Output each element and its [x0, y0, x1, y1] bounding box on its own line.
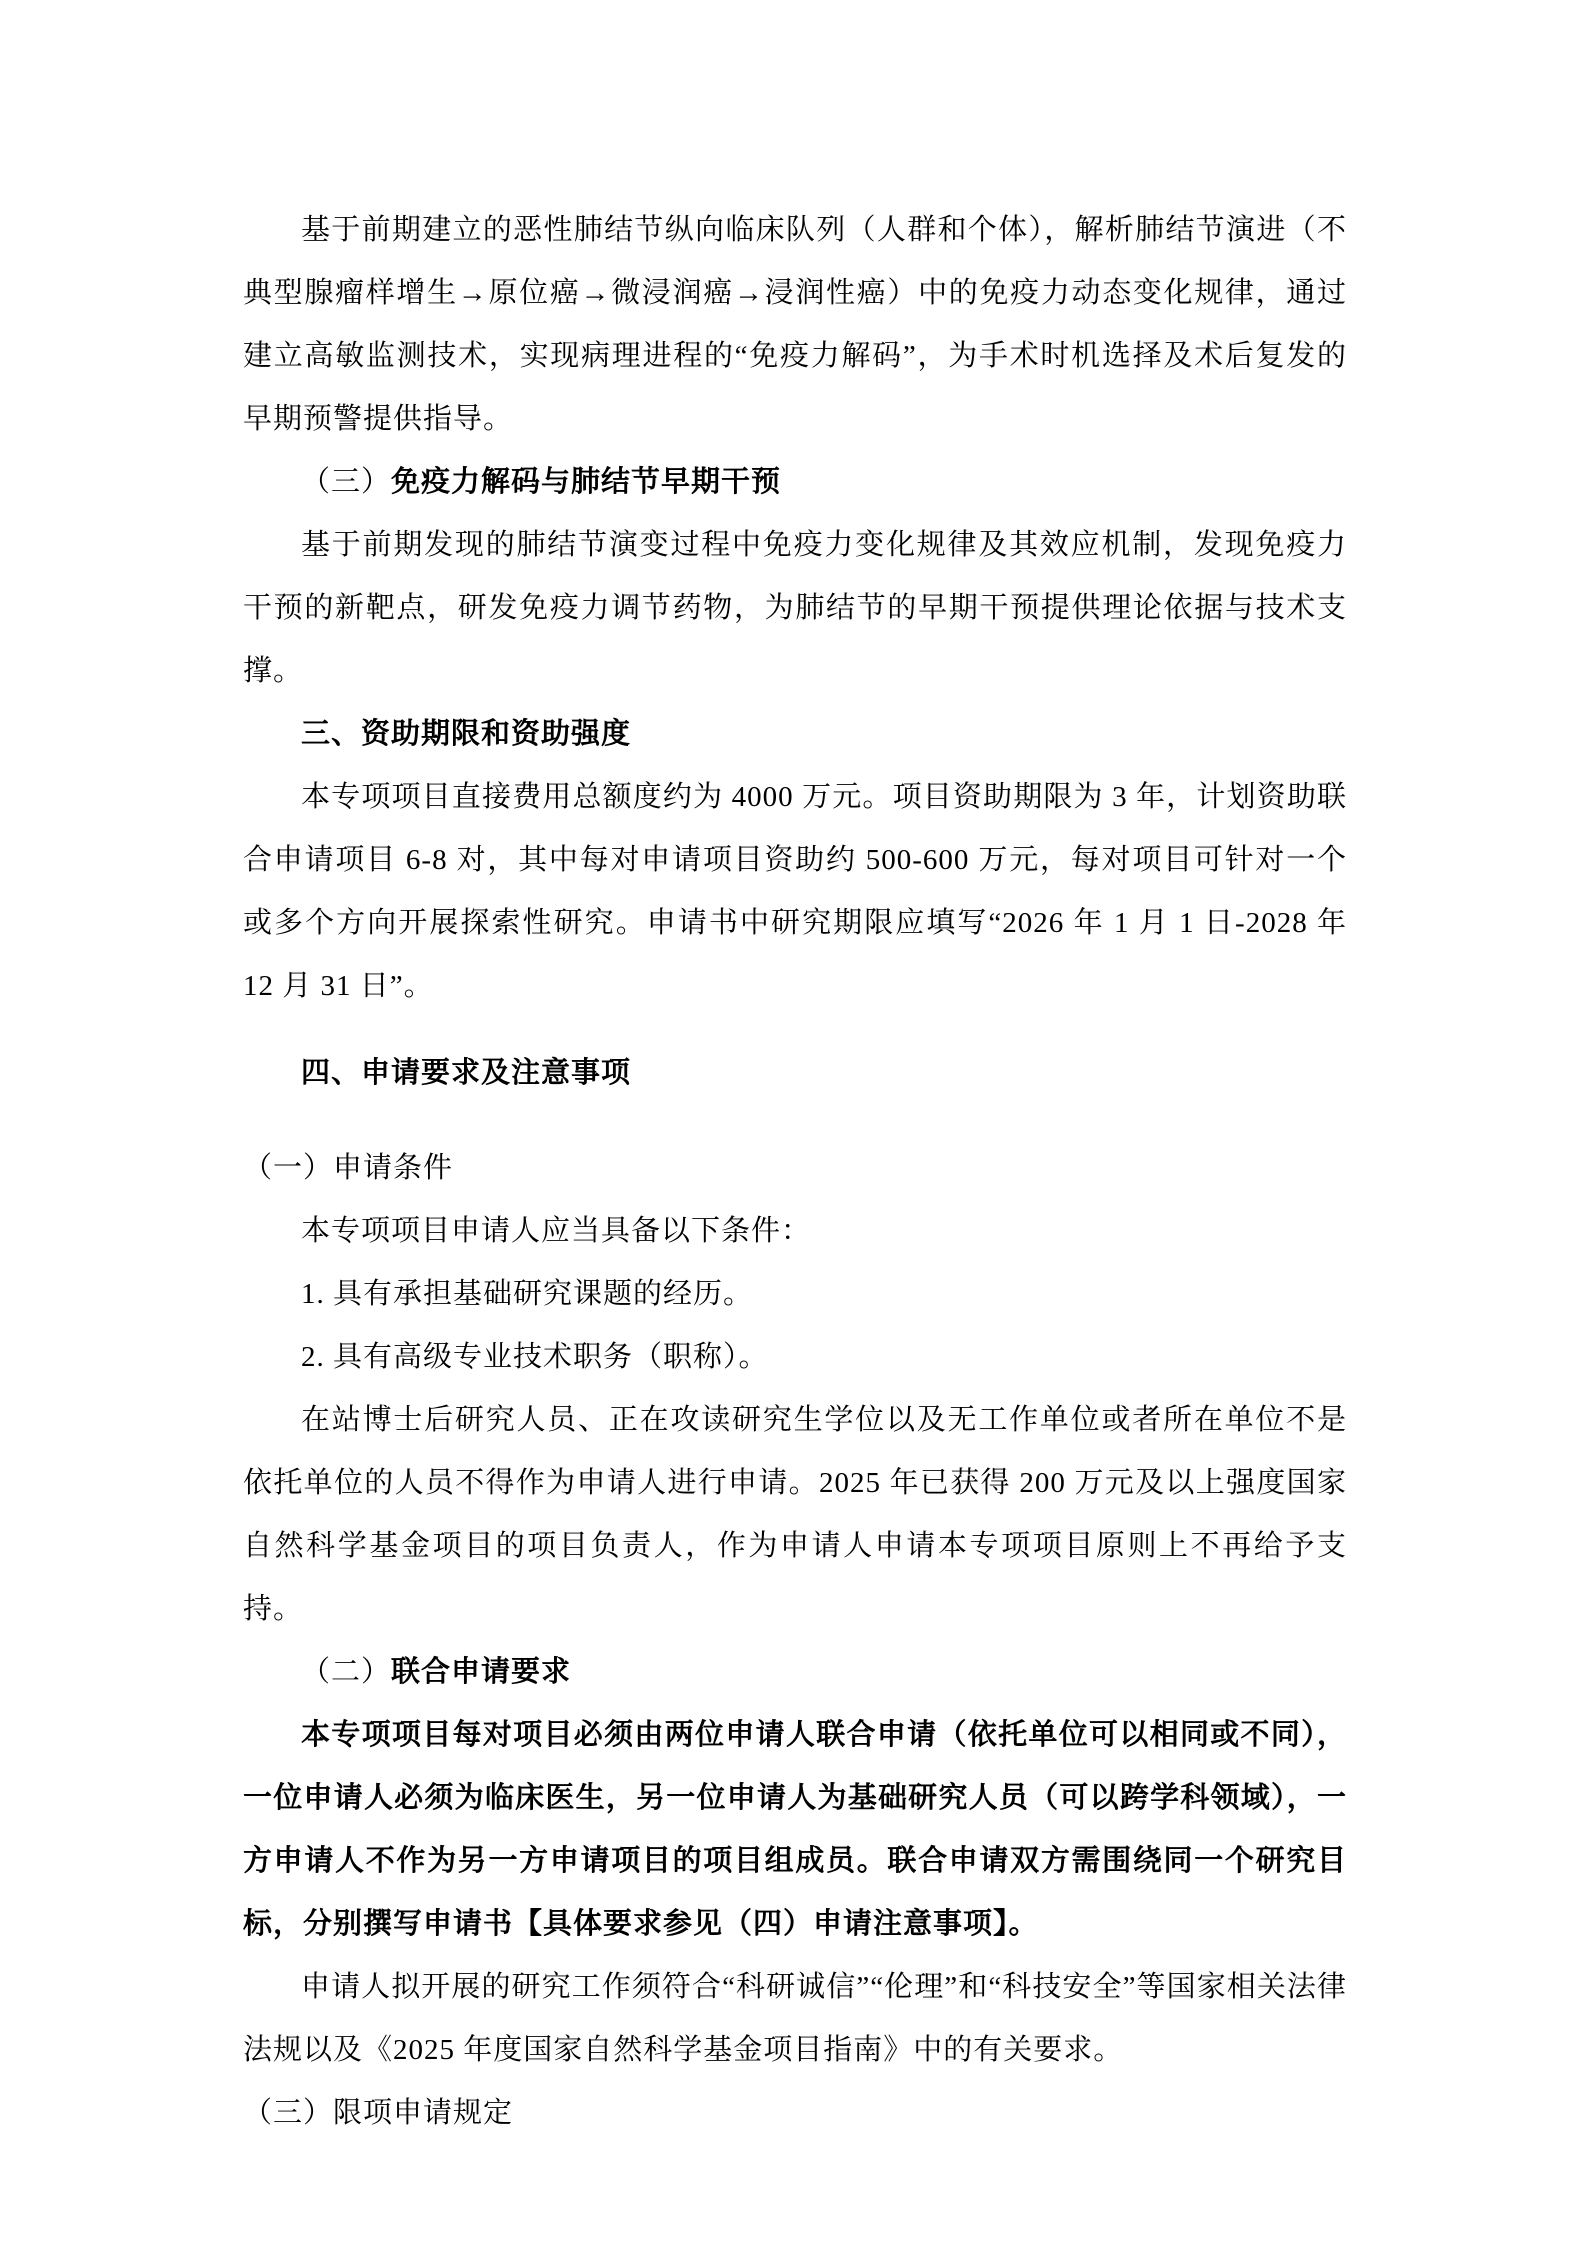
document-text-area: 基于前期建立的恶性肺结节纵向临床队列（人群和个体），解析肺结节演进（不典型腺瘤样…: [243, 199, 1347, 2145]
paragraph: 申请人拟开展的研究工作须符合“科研诚信”“伦理”和“科技安全”等国家相关法律法规…: [243, 1956, 1347, 2082]
heading-number: （二）: [301, 1656, 391, 1688]
paragraph: 本专项项目申请人应当具备以下条件：: [243, 1200, 1347, 1263]
heading-number: （三）: [301, 466, 391, 498]
heading-title: 联合申请要求: [391, 1656, 571, 1688]
subsection-heading-limit-rules: （三）限项申请规定: [243, 2082, 1347, 2145]
subsection-heading-conditions: （一）申请条件: [243, 1137, 1347, 1200]
paragraph: 基于前期建立的恶性肺结节纵向临床队列（人群和个体），解析肺结节演进（不典型腺瘤样…: [243, 199, 1347, 451]
paragraph-bold: 本专项项目每对项目必须由两位申请人联合申请（依托单位可以相同或不同），一位申请人…: [243, 1704, 1347, 1956]
section-heading-immune-decoding: （三）免疫力解码与肺结节早期干预: [243, 451, 1347, 514]
section-heading-requirements: 四、申请要求及注意事项: [243, 1042, 1347, 1105]
paragraph: 本专项项目直接费用总额度约为 4000 万元。项目资助期限为 3 年，计划资助联…: [243, 766, 1347, 1018]
paragraph: 在站博士后研究人员、正在攻读研究生学位以及无工作单位或者所在单位不是依托单位的人…: [243, 1389, 1347, 1641]
subsection-heading-joint-application: （二）联合申请要求: [243, 1641, 1347, 1704]
document-page: 基于前期建立的恶性肺结节纵向临床队列（人群和个体），解析肺结节演进（不典型腺瘤样…: [0, 0, 1587, 2245]
list-item: 2. 具有高级专业技术职务（职称）。: [243, 1326, 1347, 1389]
paragraph: 基于前期发现的肺结节演变过程中免疫力变化规律及其效应机制，发现免疫力干预的新靶点…: [243, 514, 1347, 703]
section-heading-funding: 三、资助期限和资助强度: [243, 703, 1347, 766]
list-item: 1. 具有承担基础研究课题的经历。: [243, 1263, 1347, 1326]
heading-title: 免疫力解码与肺结节早期干预: [391, 466, 781, 498]
